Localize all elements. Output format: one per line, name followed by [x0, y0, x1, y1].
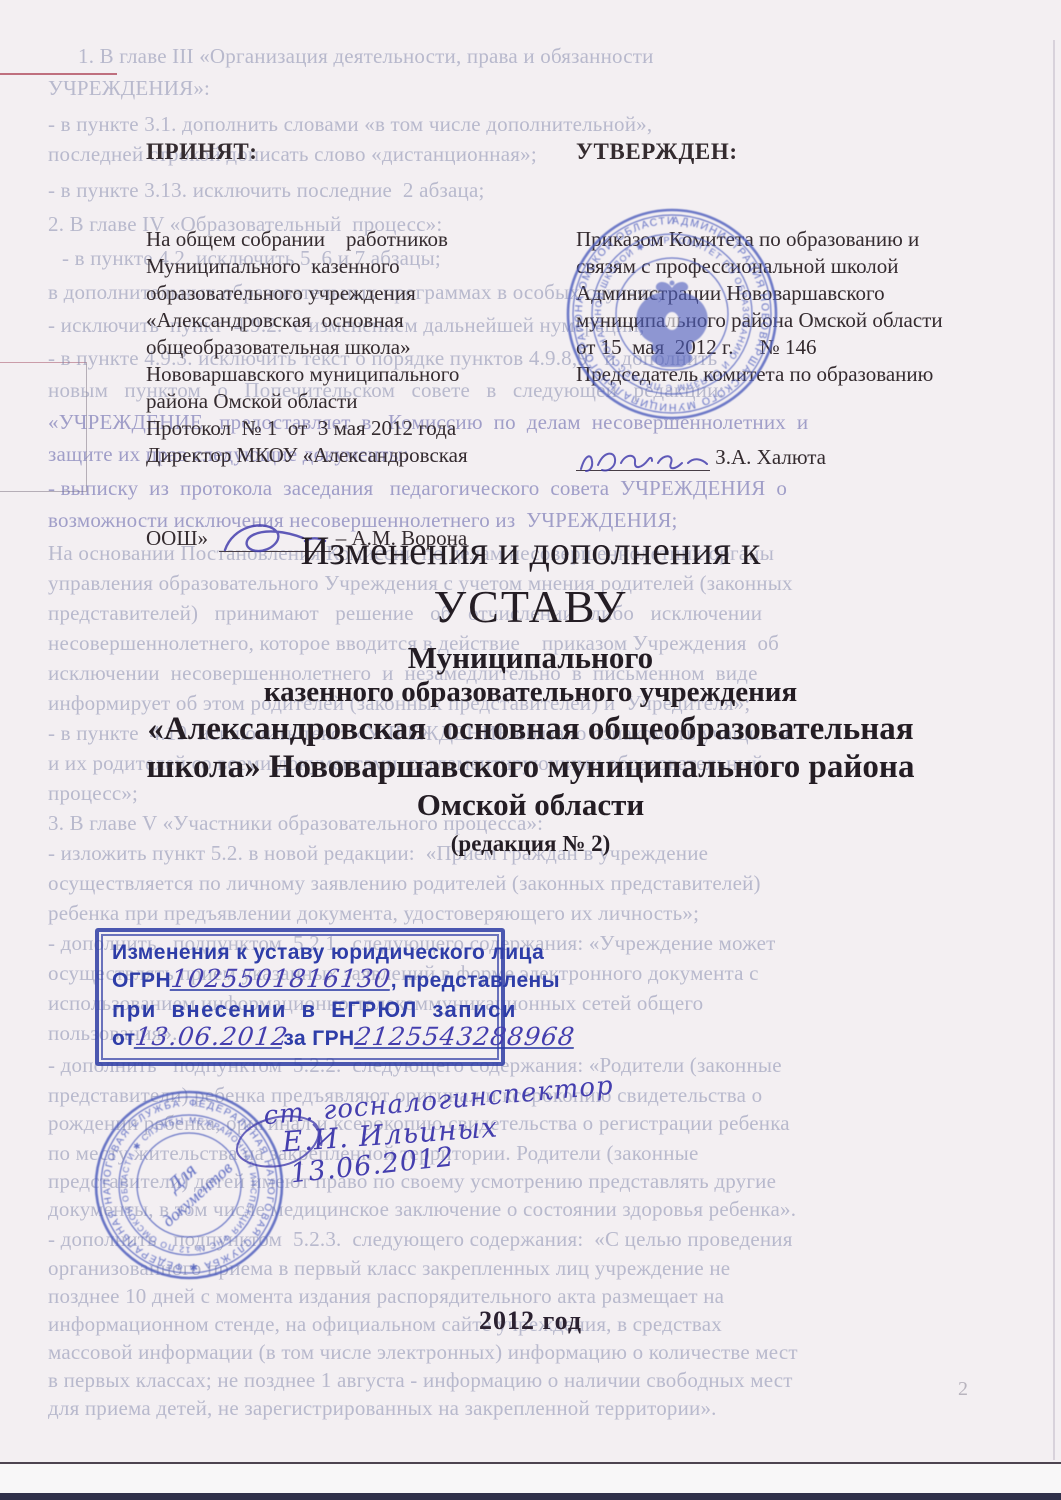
underlying-page-strip — [0, 1464, 1061, 1493]
title-line: школа» Нововаршавского муниципального ра… — [0, 749, 1061, 786]
grn-value-handwritten: 2125543288968 — [353, 1027, 575, 1049]
from-label: от — [112, 1027, 135, 1051]
grn-label: за ГРН — [283, 1027, 354, 1051]
title-line: казенного образовательного учреждения — [0, 676, 1061, 709]
document-page: 1. В главе III «Организация деятельности… — [0, 0, 1061, 1500]
after-ogrn-text: , представлены — [391, 969, 560, 993]
egrul-registration-stamp: Изменения к уставу юридического лица ОГР… — [95, 928, 505, 1066]
date-value-handwritten: 13.06.2012 — [134, 1027, 285, 1049]
ogrn-label: ОГРН — [112, 969, 171, 993]
title-line: Изменения и дополнения к — [0, 527, 1061, 574]
year-line: 2012 год — [0, 1306, 1061, 1336]
egrul-stamp-inner: Изменения к уставу юридического лица ОГР… — [101, 934, 499, 1060]
title-line: УСТАВУ — [0, 580, 1061, 633]
egrul-line-2: ОГРН 1025501816130 , представлены — [112, 969, 488, 993]
scan-bottom-dark-strip — [0, 1493, 1061, 1500]
page-number: 2 — [958, 1378, 968, 1401]
ogrn-value-handwritten: 1025501816130 — [170, 969, 392, 991]
egrul-line-3: при внесении в ЕГРЮЛ записи — [112, 997, 488, 1023]
title-block: Изменения и дополнения кУСТАВУМуниципаль… — [0, 0, 1061, 1500]
title-line: Омской области — [0, 787, 1061, 823]
egrul-line-4: от 13.06.2012 за ГРН 2125543288968 — [112, 1027, 488, 1051]
egrul-line-1: Изменения к уставу юридического лица — [112, 941, 488, 965]
title-line: «Александровская основная общеобразовате… — [0, 711, 1061, 748]
title-line: (редакция № 2) — [0, 831, 1061, 857]
title-line: Муниципального — [0, 640, 1061, 676]
